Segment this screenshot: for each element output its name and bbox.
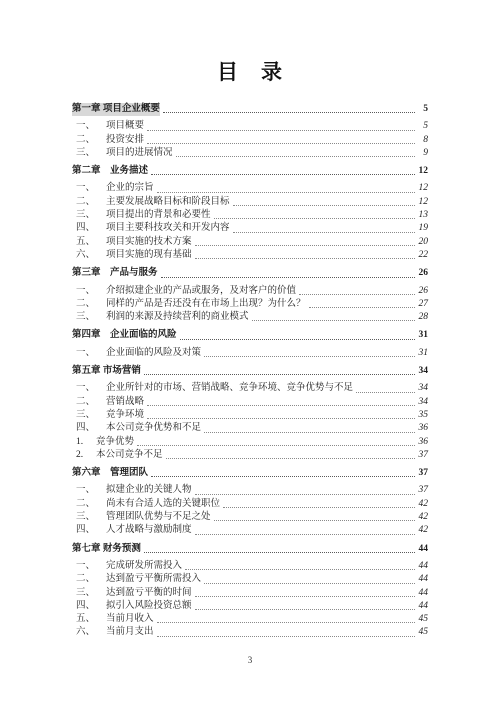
toc-chapter-row[interactable]: 第三章 产品与服务26 [72, 267, 428, 280]
toc-entry-label: 项目实施的现有基础 [106, 249, 192, 262]
dot-leader [233, 232, 415, 233]
toc-entry-number: 四、 [76, 422, 106, 435]
toc-list: 第一章 项目企业概要5一、项目概要5二、投资安排8三、项目的进展情况9第二章 业… [72, 98, 428, 640]
toc-entry-number: 一、 [76, 347, 106, 360]
toc-entry-page-number: 37 [418, 467, 428, 480]
toc-entry-page-number: 31 [418, 329, 428, 342]
toc-chapter-row[interactable]: 第六章 管理团队37 [72, 467, 428, 480]
toc-entry-page-number: 44 [418, 573, 428, 586]
toc-entry-label: 企业面临的风险及对策 [106, 347, 201, 360]
dot-leader [252, 320, 415, 321]
toc-entry-number: 一、 [76, 182, 106, 195]
dot-leader [214, 218, 415, 219]
toc-entry-page-number: 44 [418, 587, 428, 600]
toc-entry-label: 同样的产品是否还没有在市场上出现？为什么？ [106, 298, 306, 311]
toc-entry-label: 项目概要 [106, 120, 144, 133]
toc-entry-number: 一、 [76, 484, 106, 497]
toc-entry-page-number: 9 [418, 147, 428, 160]
toc-entry-number: 三、 [76, 147, 106, 160]
toc-entry-page-number: 42 [418, 498, 428, 511]
toc-item-row[interactable]: 六、项目实施的现有基础22 [72, 249, 428, 262]
toc-entry-page-number: 28 [418, 311, 428, 324]
toc-entry-page-number: 26 [418, 267, 428, 280]
toc-item-row[interactable]: 一、拟建企业的关键人物37 [72, 484, 428, 497]
toc-item-row[interactable]: 六、当前月支出45 [72, 626, 428, 639]
toc-entry-page-number: 5 [418, 103, 428, 116]
dot-leader [163, 112, 415, 113]
toc-entry-page-number: 19 [418, 222, 428, 235]
toc-item-row[interactable]: 二、达到盈亏平衡所需投入44 [72, 573, 428, 586]
toc-entry-page-number: 5 [418, 120, 428, 133]
toc-entry-page-number: 34 [418, 396, 428, 409]
dot-leader [204, 432, 415, 433]
toc-entry-label: 项目主要科技攻关和开发内容 [106, 222, 230, 235]
dot-leader [299, 294, 415, 295]
toc-entry-label: 第三章 产品与服务 [72, 267, 158, 280]
toc-entry-label: 竞争优势 [96, 436, 134, 449]
toc-entry-number: 二、 [76, 134, 106, 147]
toc-entry-label: 第二章 业务描述 [72, 165, 148, 178]
toc-entry-page-number: 12 [418, 196, 428, 209]
toc-item-row[interactable]: 四、人才战略与激励制度42 [72, 524, 428, 537]
toc-item-row[interactable]: 一、企业的宗旨12 [72, 182, 428, 195]
dot-leader [147, 418, 415, 419]
dot-leader [157, 192, 415, 193]
toc-entry-label: 本公司竞争不足 [96, 449, 163, 462]
toc-entry-page-number: 12 [418, 182, 428, 195]
toc-entry-page-number: 45 [418, 613, 428, 626]
dot-leader [195, 609, 415, 610]
toc-entry-number: 二、 [76, 498, 106, 511]
dot-leader [147, 143, 415, 144]
toc-entry-page-number: 44 [418, 560, 428, 573]
toc-entry-label: 项目提出的背景和必要性 [106, 209, 211, 222]
dot-leader [137, 445, 415, 446]
dot-leader [151, 174, 415, 175]
dot-leader [195, 245, 415, 246]
toc-entry-page-number: 34 [418, 365, 428, 378]
toc-item-row[interactable]: 一、介绍拟建企业的产品或服务，及对客户的价值26 [72, 285, 428, 298]
toc-entry-label: 人才战略与激励制度 [106, 524, 192, 537]
toc-entry-label: 主要发展战略目标和阶段目标 [106, 196, 230, 209]
dot-leader [166, 458, 415, 459]
footer-page-number: 3 [0, 655, 500, 665]
page-title: 目 录 [0, 56, 500, 86]
toc-entry-number: 四、 [76, 222, 106, 235]
toc-item-row[interactable]: 四、项目主要科技攻关和开发内容19 [72, 222, 428, 235]
toc-entry-number: 二、 [76, 298, 106, 311]
toc-chapter-row[interactable]: 第七章 财务预测44 [72, 543, 428, 556]
dot-leader [161, 277, 415, 278]
toc-entry-label: 第五章 市场营销 [72, 365, 141, 378]
dot-leader [157, 622, 415, 623]
dot-leader [204, 356, 415, 357]
dot-leader [157, 636, 415, 637]
dot-leader [195, 534, 415, 535]
toc-item-row[interactable]: 三、达到盈亏平衡的时间44 [72, 587, 428, 600]
toc-entry-number: 1. [76, 436, 96, 449]
toc-item-row[interactable]: 三、项目的进展情况9 [72, 147, 428, 160]
toc-entry-page-number: 37 [418, 484, 428, 497]
toc-entry-label: 达到盈亏平衡的时间 [106, 587, 192, 600]
toc-entry-page-number: 42 [418, 511, 428, 524]
toc-entry-page-number: 31 [418, 347, 428, 360]
toc-entry-page-number: 34 [418, 382, 428, 395]
toc-entry-label: 第四章 企业面临的风险 [72, 329, 177, 342]
toc-entry-label: 竞争环境 [106, 409, 144, 422]
toc-entry-page-number: 26 [418, 285, 428, 298]
toc-item-row[interactable]: 二、尚未有合适人选的关键职位42 [72, 498, 428, 511]
toc-entry-page-number: 44 [418, 600, 428, 613]
dot-leader [176, 156, 415, 157]
dot-leader [151, 476, 415, 477]
toc-entry-label: 介绍拟建企业的产品或服务，及对客户的价值 [106, 285, 296, 298]
toc-item-row[interactable]: 1.竞争优势36 [72, 436, 428, 449]
toc-item-row[interactable]: 五、当前月收入45 [72, 613, 428, 626]
toc-entry-number: 二、 [76, 573, 106, 586]
dot-leader [233, 205, 415, 206]
toc-entry-number: 五、 [76, 613, 106, 626]
dot-leader [309, 307, 415, 308]
toc-entry-number: 2. [76, 449, 96, 462]
toc-entry-page-number: 20 [418, 236, 428, 249]
dot-leader [356, 392, 415, 393]
toc-entry-page-number: 36 [418, 436, 428, 449]
toc-entry-number: 一、 [76, 382, 106, 395]
toc-item-row[interactable]: 二、营销战略34 [72, 396, 428, 409]
dot-leader [185, 569, 415, 570]
toc-entry-label: 项目的进展情况 [106, 147, 173, 160]
toc-chapter-row[interactable]: 第一章 项目企业概要5 [72, 103, 428, 116]
toc-entry-number: 四、 [76, 600, 106, 613]
toc-entry-number: 一、 [76, 120, 106, 133]
toc-entry-page-number: 12 [418, 165, 428, 178]
toc-entry-label: 营销战略 [106, 396, 144, 409]
toc-entry-label: 企业所针对的市场、营销战略、竞争环境、竞争优势与不足 [106, 382, 353, 395]
toc-entry-label: 投资安排 [106, 134, 144, 147]
dot-leader [180, 339, 415, 340]
toc-item-row[interactable]: 一、项目概要5 [72, 120, 428, 133]
toc-entry-page-number: 27 [418, 298, 428, 311]
toc-item-row[interactable]: 三、竞争环境35 [72, 409, 428, 422]
toc-entry-page-number: 36 [418, 422, 428, 435]
toc-entry-number: 二、 [76, 196, 106, 209]
dot-leader [214, 520, 415, 521]
toc-entry-page-number: 22 [418, 249, 428, 262]
toc-entry-number: 六、 [76, 626, 106, 639]
toc-entry-page-number: 42 [418, 524, 428, 537]
dot-leader [223, 507, 415, 508]
dot-leader [147, 405, 415, 406]
toc-entry-page-number: 35 [418, 409, 428, 422]
dot-leader [204, 583, 415, 584]
toc-item-row[interactable]: 二、同样的产品是否还没有在市场上出现？为什么？27 [72, 298, 428, 311]
toc-entry-label: 拟建企业的关键人物 [106, 484, 192, 497]
toc-entry-number: 三、 [76, 209, 106, 222]
toc-entry-label: 第七章 财务预测 [72, 543, 141, 556]
toc-entry-label: 达到盈亏平衡所需投入 [106, 573, 201, 586]
toc-item-row[interactable]: 四、拟引入风险投资总额44 [72, 600, 428, 613]
toc-item-row[interactable]: 二、投资安排8 [72, 134, 428, 147]
toc-entry-number: 五、 [76, 236, 106, 249]
dot-leader [195, 494, 415, 495]
toc-entry-label: 完成研发所需投入 [106, 560, 182, 573]
toc-chapter-row[interactable]: 第五章 市场营销34 [72, 365, 428, 378]
toc-entry-label: 管理团队优势与不足之处 [106, 511, 211, 524]
toc-item-row[interactable]: 一、企业所针对的市场、营销战略、竞争环境、竞争优势与不足34 [72, 382, 428, 395]
dot-leader [195, 596, 415, 597]
toc-entry-label: 拟引入风险投资总额 [106, 600, 192, 613]
toc-entry-number: 三、 [76, 587, 106, 600]
toc-entry-label: 当前月支出 [106, 626, 154, 639]
dot-leader [195, 258, 415, 259]
toc-entry-label: 项目实施的技术方案 [106, 236, 192, 249]
toc-entry-page-number: 45 [418, 626, 428, 639]
toc-item-row[interactable]: 五、项目实施的技术方案20 [72, 236, 428, 249]
toc-entry-label: 第一章 项目企业概要 [72, 103, 160, 116]
toc-entry-number: 一、 [76, 560, 106, 573]
toc-item-row[interactable]: 二、主要发展战略目标和阶段目标12 [72, 196, 428, 209]
toc-entry-number: 二、 [76, 396, 106, 409]
toc-entry-label: 本公司竞争优势和不足 [106, 422, 201, 435]
toc-item-row[interactable]: 三、利润的来源及持续营利的商业模式28 [72, 311, 428, 324]
toc-chapter-row[interactable]: 第二章 业务描述12 [72, 165, 428, 178]
toc-entry-number: 三、 [76, 511, 106, 524]
toc-item-row[interactable]: 三、管理团队优势与不足之处42 [72, 511, 428, 524]
dot-leader [144, 552, 415, 553]
toc-entry-label: 企业的宗旨 [106, 182, 154, 195]
toc-entry-number: 一、 [76, 285, 106, 298]
toc-item-row[interactable]: 四、本公司竞争优势和不足36 [72, 422, 428, 435]
document-page: 目 录 第一章 项目企业概要5一、项目概要5二、投资安排8三、项目的进展情况9第… [0, 0, 500, 707]
toc-entry-label: 第六章 管理团队 [72, 467, 148, 480]
toc-entry-page-number: 37 [418, 449, 428, 462]
toc-entry-label: 尚未有合适人选的关键职位 [106, 498, 220, 511]
toc-entry-page-number: 44 [418, 543, 428, 556]
toc-item-row[interactable]: 一、企业面临的风险及对策31 [72, 347, 428, 360]
toc-entry-number: 三、 [76, 409, 106, 422]
toc-item-row[interactable]: 一、完成研发所需投入44 [72, 560, 428, 573]
toc-entry-page-number: 13 [418, 209, 428, 222]
dot-leader [144, 374, 415, 375]
toc-entry-number: 六、 [76, 249, 106, 262]
toc-entry-number: 四、 [76, 524, 106, 537]
toc-chapter-row[interactable]: 第四章 企业面临的风险31 [72, 329, 428, 342]
toc-item-row[interactable]: 2.本公司竞争不足37 [72, 449, 428, 462]
toc-entry-number: 三、 [76, 311, 106, 324]
toc-entry-label: 当前月收入 [106, 613, 154, 626]
toc-entry-page-number: 8 [418, 134, 428, 147]
dot-leader [147, 130, 415, 131]
toc-item-row[interactable]: 三、项目提出的背景和必要性13 [72, 209, 428, 222]
toc-entry-label: 利润的来源及持续营利的商业模式 [106, 311, 249, 324]
